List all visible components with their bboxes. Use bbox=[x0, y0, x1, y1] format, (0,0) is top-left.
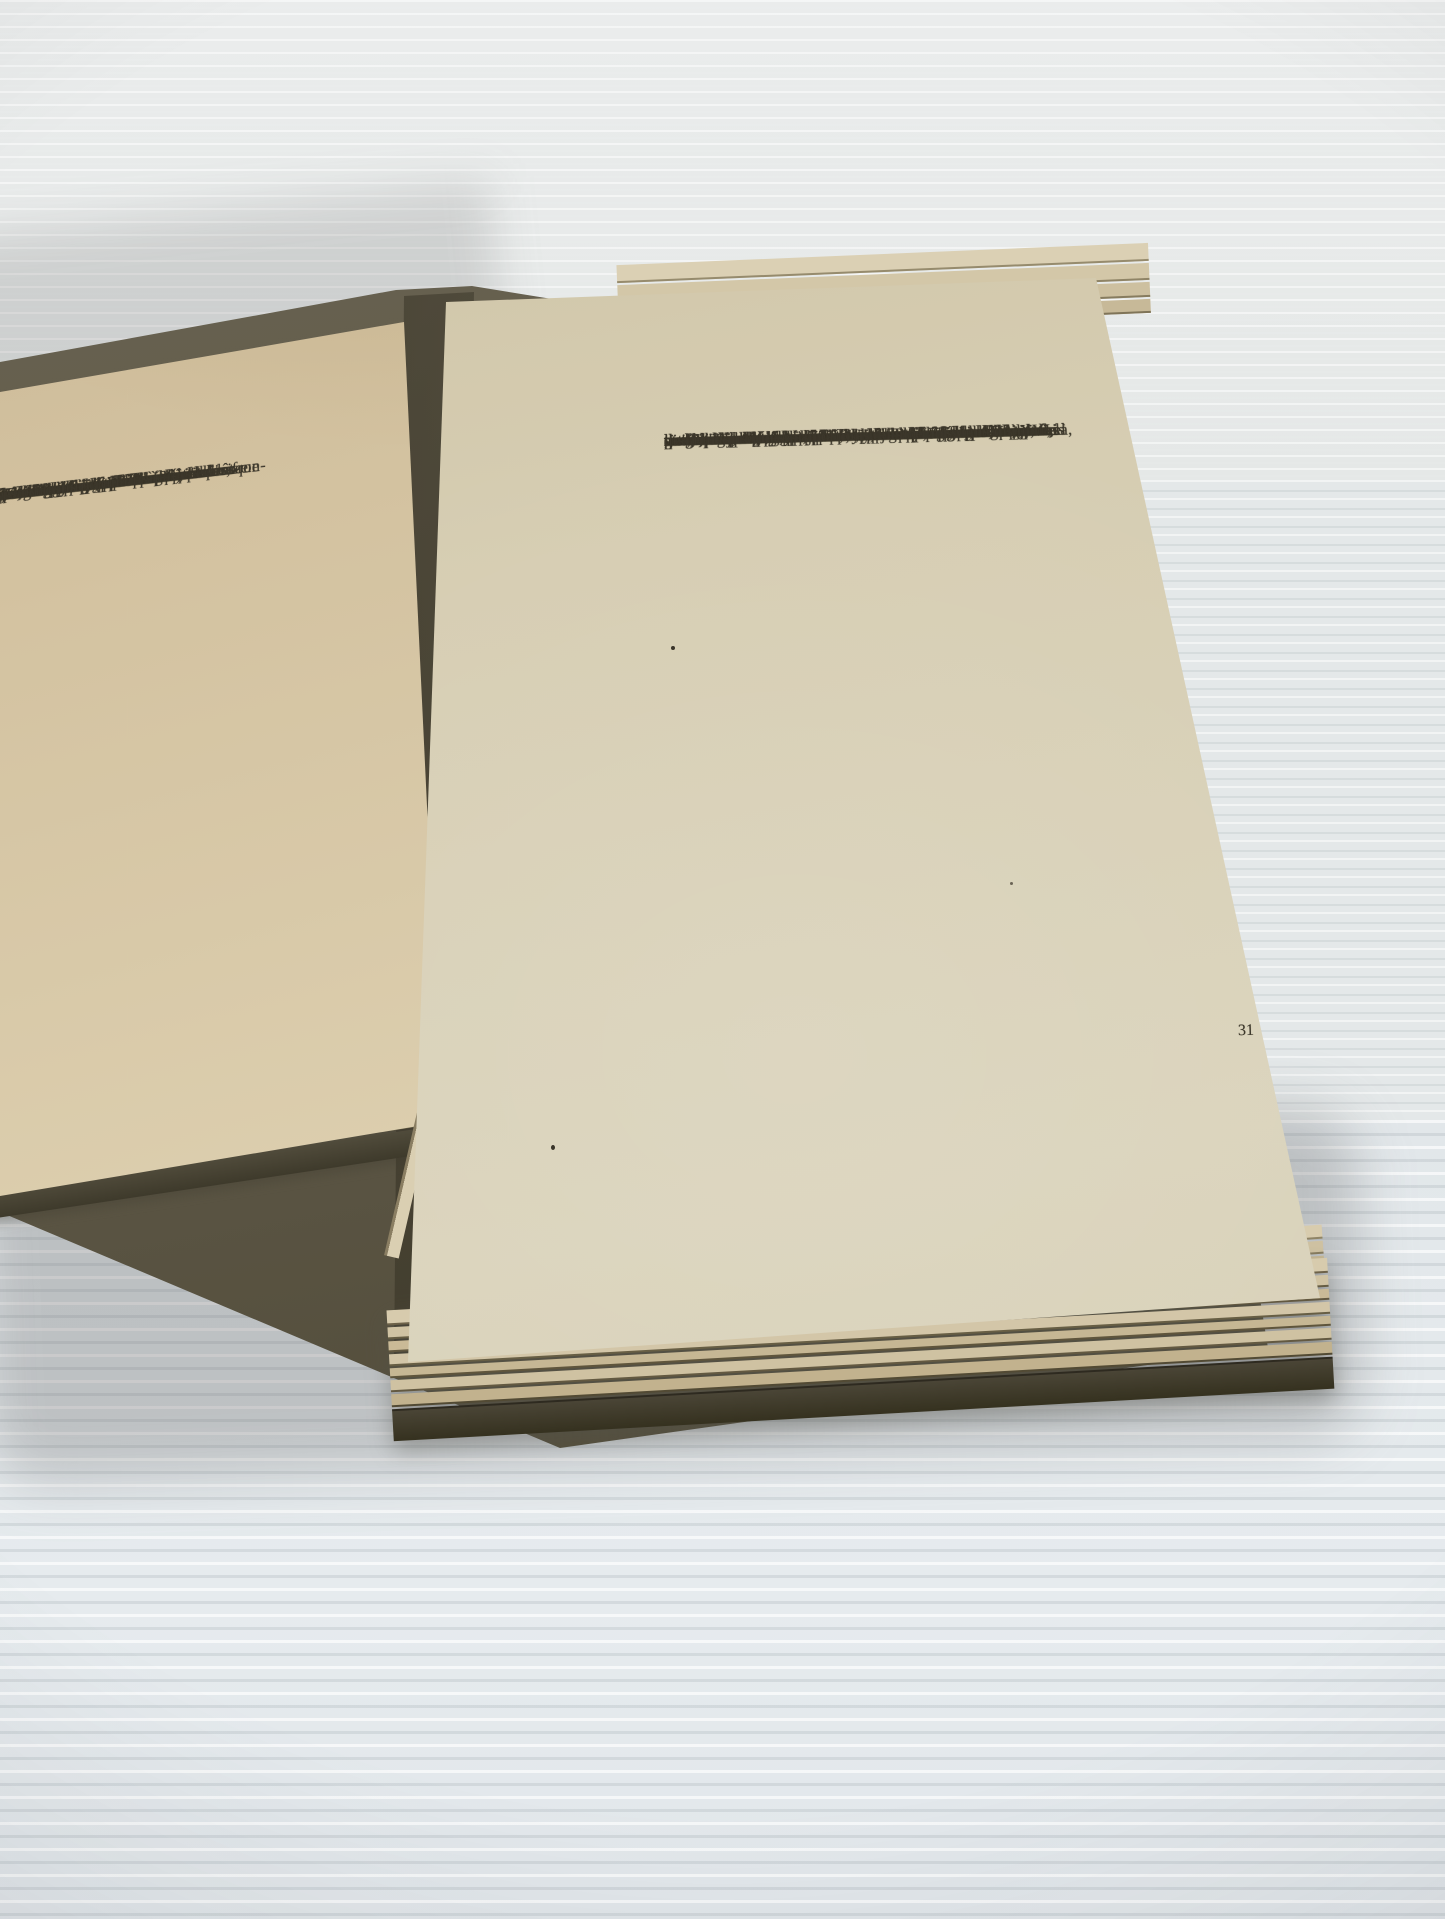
paper-speck bbox=[551, 1145, 555, 1150]
photo-of-open-book: lustration séduisit Plantin qui fit pres… bbox=[0, 0, 1445, 1919]
paper-speck bbox=[1010, 882, 1013, 885]
paper-speck bbox=[671, 646, 675, 650]
page-number: 31 bbox=[1238, 1022, 1255, 1041]
